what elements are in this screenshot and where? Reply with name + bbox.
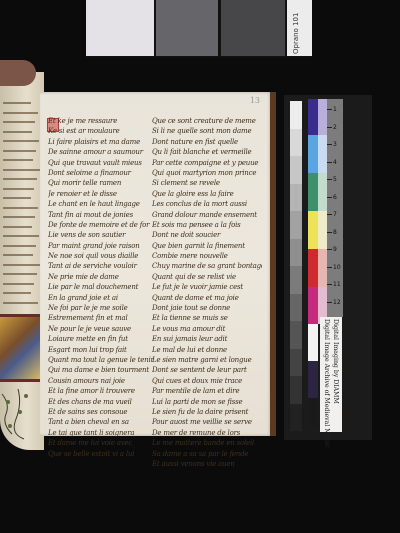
vine-border-decoration: [0, 384, 40, 444]
verse-line: Qui que travaut vault mieus: [48, 158, 156, 168]
verse-line: Lie par le mal douchement: [48, 282, 156, 292]
verse-line: En sui jamais leur adit: [152, 334, 262, 344]
ruler-tick: [327, 214, 332, 215]
verse-line: Dont jaie tout se donne: [152, 303, 262, 313]
verse-line: Qui quoi martyrion mon prince: [152, 168, 262, 178]
color-patch-yellow: [308, 211, 318, 249]
verse-line: Et ke je me ressaure: [48, 116, 156, 126]
ruler-number: 3: [333, 141, 337, 148]
gray-swatch-dark: [221, 0, 285, 56]
verse-line: Cousin amours nai joie: [48, 376, 156, 386]
ruler-tick: [327, 109, 332, 110]
ruler-tick: [327, 232, 332, 233]
verse-line: Lie vens de son sautier: [48, 230, 156, 240]
verse-line: Et des chans de ma vueil: [48, 397, 156, 407]
gray-patch: [290, 294, 302, 322]
ruler-tick: [327, 249, 332, 250]
gray-swatch-light: [86, 0, 154, 56]
tint-patch-cyan: [318, 135, 327, 173]
verse-line: Et la tienne se muis se: [152, 313, 262, 323]
verse-line: Par maint grand joie raison: [48, 241, 156, 251]
ruler-tick: [327, 162, 332, 163]
ruler-number: 9: [333, 246, 337, 253]
faint-text-line: [3, 121, 35, 123]
verse-line: Que la gloire ess la faire: [152, 189, 262, 199]
verse-line: Dont se sentent de leur part: [152, 365, 262, 375]
verse-line: Ne prie mie de dame: [48, 272, 156, 282]
credit-line-2: Digital Image Archive of Medieval Music: [322, 319, 331, 430]
verse-line: Et aussi venons vie auen: [152, 459, 262, 469]
gray-patch: [290, 376, 302, 404]
thumb-holding-page: [0, 60, 36, 86]
faint-text-line: [3, 245, 36, 247]
ruler-number: 10: [333, 264, 341, 271]
verse-line: Que bien garnit la finement: [152, 241, 262, 251]
color-patch-green: [308, 173, 318, 211]
verse-line: Tant ai de serviche vouloir: [48, 261, 156, 271]
tint-patch-yellow: [318, 211, 327, 249]
verse-line: Sa dame a sa sa par le fende: [152, 449, 262, 459]
faint-text-line: [3, 207, 38, 209]
verse-line: Pour auost me veillie se serve: [152, 417, 262, 427]
ruler-tick: [327, 127, 332, 128]
ruler-tick: [327, 179, 332, 180]
gray-patch: [290, 129, 302, 157]
gray-patch: [290, 101, 302, 129]
verse-line: De fonte de memoire et de for: [48, 220, 156, 230]
verse-line: Dont nature en fist quelle: [152, 137, 262, 147]
verse-line: De sainne amour a saumour: [48, 147, 156, 157]
verse-line: Je renoier et le disse: [48, 189, 156, 199]
verse-line: Ne pour le je veue sauve: [48, 324, 156, 334]
verse-line: Le sien fu de la daire prisent: [152, 407, 262, 417]
ruler-number: 4: [333, 159, 337, 166]
verse-line: Lui la parti de mon se fisse: [152, 397, 262, 407]
verse-line: Le tai que tant li soignera: [48, 428, 156, 438]
verse-line: En la grand joie et ai: [48, 293, 156, 303]
verse-line: Le fut je le vuoir jamie cest: [152, 282, 262, 292]
verse-line: Les conclus de la mort aussi: [152, 199, 262, 209]
verse-line: Par mentile de lam et dire: [152, 386, 262, 396]
gray-patch: [290, 404, 302, 432]
credit-text: Digital Imaging by DIAMM Digital Image A…: [322, 319, 340, 430]
text-column-right: Que ce sont creature de memeSi li ne que…: [152, 116, 262, 469]
credit-card: Digital Imaging by DIAMM Digital Image A…: [320, 317, 342, 432]
verse-line: Le sien matre garni et longue: [152, 355, 262, 365]
verse-line: Qui ma dame e bien tourment: [48, 365, 156, 375]
ruler-number: 1: [333, 106, 337, 113]
faint-text-line: [3, 302, 38, 304]
verse-line: Ne noe soi quil vous diaille: [48, 251, 156, 261]
verse-line: Tant a bien cheval en sa: [48, 417, 156, 427]
verse-line: De mer de remune de lors: [152, 428, 262, 438]
faint-text-line: [3, 216, 35, 218]
color-patch-black: [308, 398, 318, 428]
verse-line: Quant ma tout la genue le tenir: [48, 355, 156, 365]
gray-patch: [290, 184, 302, 212]
verse-line: Ke si est ar moulaure: [48, 126, 156, 136]
ruler-number: 8: [333, 229, 337, 236]
verse-line: Par cette compaigne et y peuue: [152, 158, 262, 168]
verse-line: Dont ne doit soucier: [152, 230, 262, 240]
faint-text-line: [3, 226, 32, 228]
faint-text-line: [3, 254, 33, 256]
faint-text-line: [3, 159, 33, 161]
gray-scale-card: Oprano 101: [86, 0, 312, 58]
tint-patch-red: [318, 249, 327, 287]
faint-text-line: [3, 188, 34, 190]
gray-patch: [290, 266, 302, 294]
faint-text-line: [3, 131, 32, 133]
verse-line: Que ce sont creature de meme: [152, 116, 262, 126]
verse-line: Ne foi par le je me soile: [48, 303, 156, 313]
verse-line: Et sois ma pensee a la fois: [152, 220, 262, 230]
ruler-tick: [327, 284, 332, 285]
verse-line: Esgart mon lui trop fait: [48, 345, 156, 355]
color-patch-white: [308, 324, 318, 361]
card-label: Oprano 101: [292, 6, 306, 54]
illuminated-miniature: [0, 314, 40, 382]
tint-patch-blue-violet: [318, 99, 327, 135]
verse-line: Li faire plaisirs et ma dame: [48, 137, 156, 147]
ruler-tick: [327, 144, 332, 145]
ruler-tick: [327, 197, 332, 198]
faint-text-line: [3, 178, 37, 180]
gray-swatch-mid: [156, 0, 218, 56]
faint-text-line: [3, 112, 38, 114]
color-patch-dark-violet: [308, 361, 318, 398]
verse-line: Chuy marine de sa grant bontage: [152, 261, 262, 271]
color-patch-cyan: [308, 135, 318, 173]
ruler-tick: [327, 302, 332, 303]
faint-text-line: [3, 169, 40, 171]
faint-text-line: [3, 292, 31, 294]
ruler-number: 7: [333, 211, 337, 218]
manuscript-folio: 13 Et ke je me ressaureKe si est ar moul…: [40, 92, 272, 436]
verse-line: Quant qui de se relist vie: [152, 272, 262, 282]
verse-line: Et dame me lui voie avec: [48, 438, 156, 448]
ruler-number: 5: [333, 176, 337, 183]
verse-line: Combie mere nouvelle: [152, 251, 262, 261]
color-patch-red: [308, 249, 318, 287]
faint-text-line: [3, 264, 40, 266]
verse-line: Tant fin ai mout de jonies: [48, 210, 156, 220]
faint-text-line: [3, 140, 39, 142]
binding-edge: [270, 92, 276, 436]
verse-line: Grand dolour mande ensement: [152, 210, 262, 220]
verse-line: Et de sains ses consoue: [48, 407, 156, 417]
verse-line: Qui morir telle ramen: [48, 178, 156, 188]
ruler-number: 6: [333, 194, 337, 201]
verse-line: Le mal de lui et donne: [152, 345, 262, 355]
verse-line: Estremement fin et mal: [48, 313, 156, 323]
verse-line: Si li ne quelle sont mon dame: [152, 126, 262, 136]
text-column-left: Et ke je me ressaureKe si est ar moulaur…: [48, 116, 156, 459]
verse-line: Le chant en le haut lingage: [48, 199, 156, 209]
verse-line: Si clement se revele: [152, 178, 262, 188]
faint-text-line: [3, 150, 36, 152]
ruler-tick: [327, 267, 332, 268]
ruler-number: 12: [333, 299, 341, 306]
verse-line: Et la fine amor li trouvere: [48, 386, 156, 396]
faint-text-line: [3, 102, 31, 104]
color-calibration-strip: 123456789101112 Digital Imaging by DIAMM…: [284, 95, 372, 440]
gray-patch: [290, 239, 302, 267]
verse-line: Dont seloime a finamour: [48, 168, 156, 178]
color-patch-magenta: [308, 287, 318, 324]
verse-line: Quant de dame et ma joie: [152, 293, 262, 303]
faint-text-line: [3, 283, 34, 285]
folio-number: 13: [250, 96, 260, 105]
gray-patch: [290, 156, 302, 184]
ruler-number: 11: [333, 281, 341, 288]
color-patch-blue-violet: [308, 99, 318, 135]
gray-patch: [290, 349, 302, 377]
verse-line: Qu li fait blanche et vermeille: [152, 147, 262, 157]
gray-patch: [290, 211, 302, 239]
tint-patch-green: [318, 173, 327, 211]
verse-line: Le me mattere bande en soleil: [152, 438, 262, 448]
verse-line: Le vous ma amour dit: [152, 324, 262, 334]
facing-page-left: [0, 72, 44, 450]
faint-text-line: [3, 273, 37, 275]
credit-line-1: Digital Imaging by DIAMM: [331, 319, 340, 430]
ruler: 123456789101112: [327, 99, 343, 317]
faint-text-line: [3, 197, 31, 199]
ruler-number: 2: [333, 124, 337, 131]
gray-patch: [290, 321, 302, 349]
verse-line: Qui cues et doux mie trace: [152, 376, 262, 386]
verse-line: Loiaure mette en fin fut: [48, 334, 156, 344]
verse-line: Que se belle estoit vi a lui: [48, 449, 156, 459]
faint-text-line: [3, 235, 39, 237]
